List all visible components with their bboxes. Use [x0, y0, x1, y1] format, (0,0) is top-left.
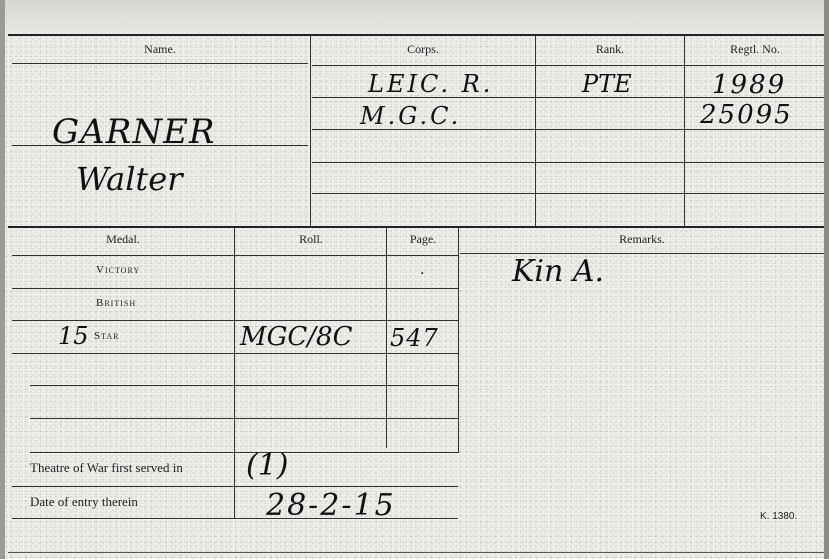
card-left-edge	[0, 0, 5, 559]
medal-row-line-2	[12, 320, 458, 321]
bottom-border-line	[8, 552, 824, 553]
medal-row-line-4	[30, 385, 458, 386]
forename-entry: Walter	[76, 160, 183, 198]
medal-label-british: British	[96, 297, 136, 309]
remarks-header: Remarks.	[460, 232, 824, 247]
top-border-line	[8, 34, 824, 36]
row-line-4	[312, 162, 824, 163]
regtl-no-entry-1: 1989	[712, 70, 786, 100]
corps-entry-2: M.G.C.	[360, 102, 461, 130]
medal-label-star: Star	[94, 330, 119, 342]
divider-page-remarks	[458, 228, 459, 453]
surname-entry: GARNER	[52, 112, 215, 152]
section-divider-line	[8, 226, 824, 228]
medal-index-card: Name. Corps. Rank. Regtl. No. GARNER Wal…	[0, 0, 829, 559]
date-entry: 28-2-15	[266, 488, 396, 523]
rank-entry: PTE	[582, 70, 632, 98]
remarks-entry: Kin A.	[512, 254, 604, 289]
row-line-1	[312, 65, 824, 66]
theatre-entry: (1)	[246, 448, 289, 483]
name-header: Name.	[12, 42, 308, 57]
card-top-edge	[0, 0, 829, 34]
divider-roll-page	[386, 228, 387, 448]
medal-row-line-3	[12, 353, 458, 354]
page-entry-victory: .	[420, 262, 424, 278]
corps-header: Corps.	[312, 42, 534, 57]
form-number: K. 1380.	[760, 511, 797, 522]
row-line-5	[312, 193, 824, 194]
regtl-no-header: Regtl. No.	[686, 42, 824, 57]
medal-row-line-1	[12, 288, 458, 289]
medal-header: Medal.	[12, 232, 234, 247]
medal-header-line	[12, 255, 458, 256]
date-label: Date of entry therein	[30, 494, 138, 510]
theatre-top-line	[30, 452, 458, 453]
page-entry-star: 547	[390, 324, 439, 352]
medal-label-victory: Victory	[96, 264, 140, 276]
page-header: Page.	[388, 232, 458, 247]
star-prefix-entry: 15	[58, 322, 89, 350]
rank-header: Rank.	[537, 42, 683, 57]
theatre-bottom-line	[12, 486, 458, 487]
divider-medal-roll	[234, 228, 235, 518]
name-header-line	[12, 63, 308, 64]
roll-header: Roll.	[236, 232, 386, 247]
corps-entry-1: LEIC. R.	[368, 70, 493, 98]
roll-entry-star: MGC/8C	[240, 322, 352, 352]
regtl-no-entry-2: 25095	[700, 100, 793, 130]
card-right-edge	[824, 0, 829, 559]
medal-row-line-5	[30, 418, 458, 419]
theatre-label: Theatre of War first served in	[30, 460, 183, 476]
divider-name-corps	[310, 36, 311, 226]
